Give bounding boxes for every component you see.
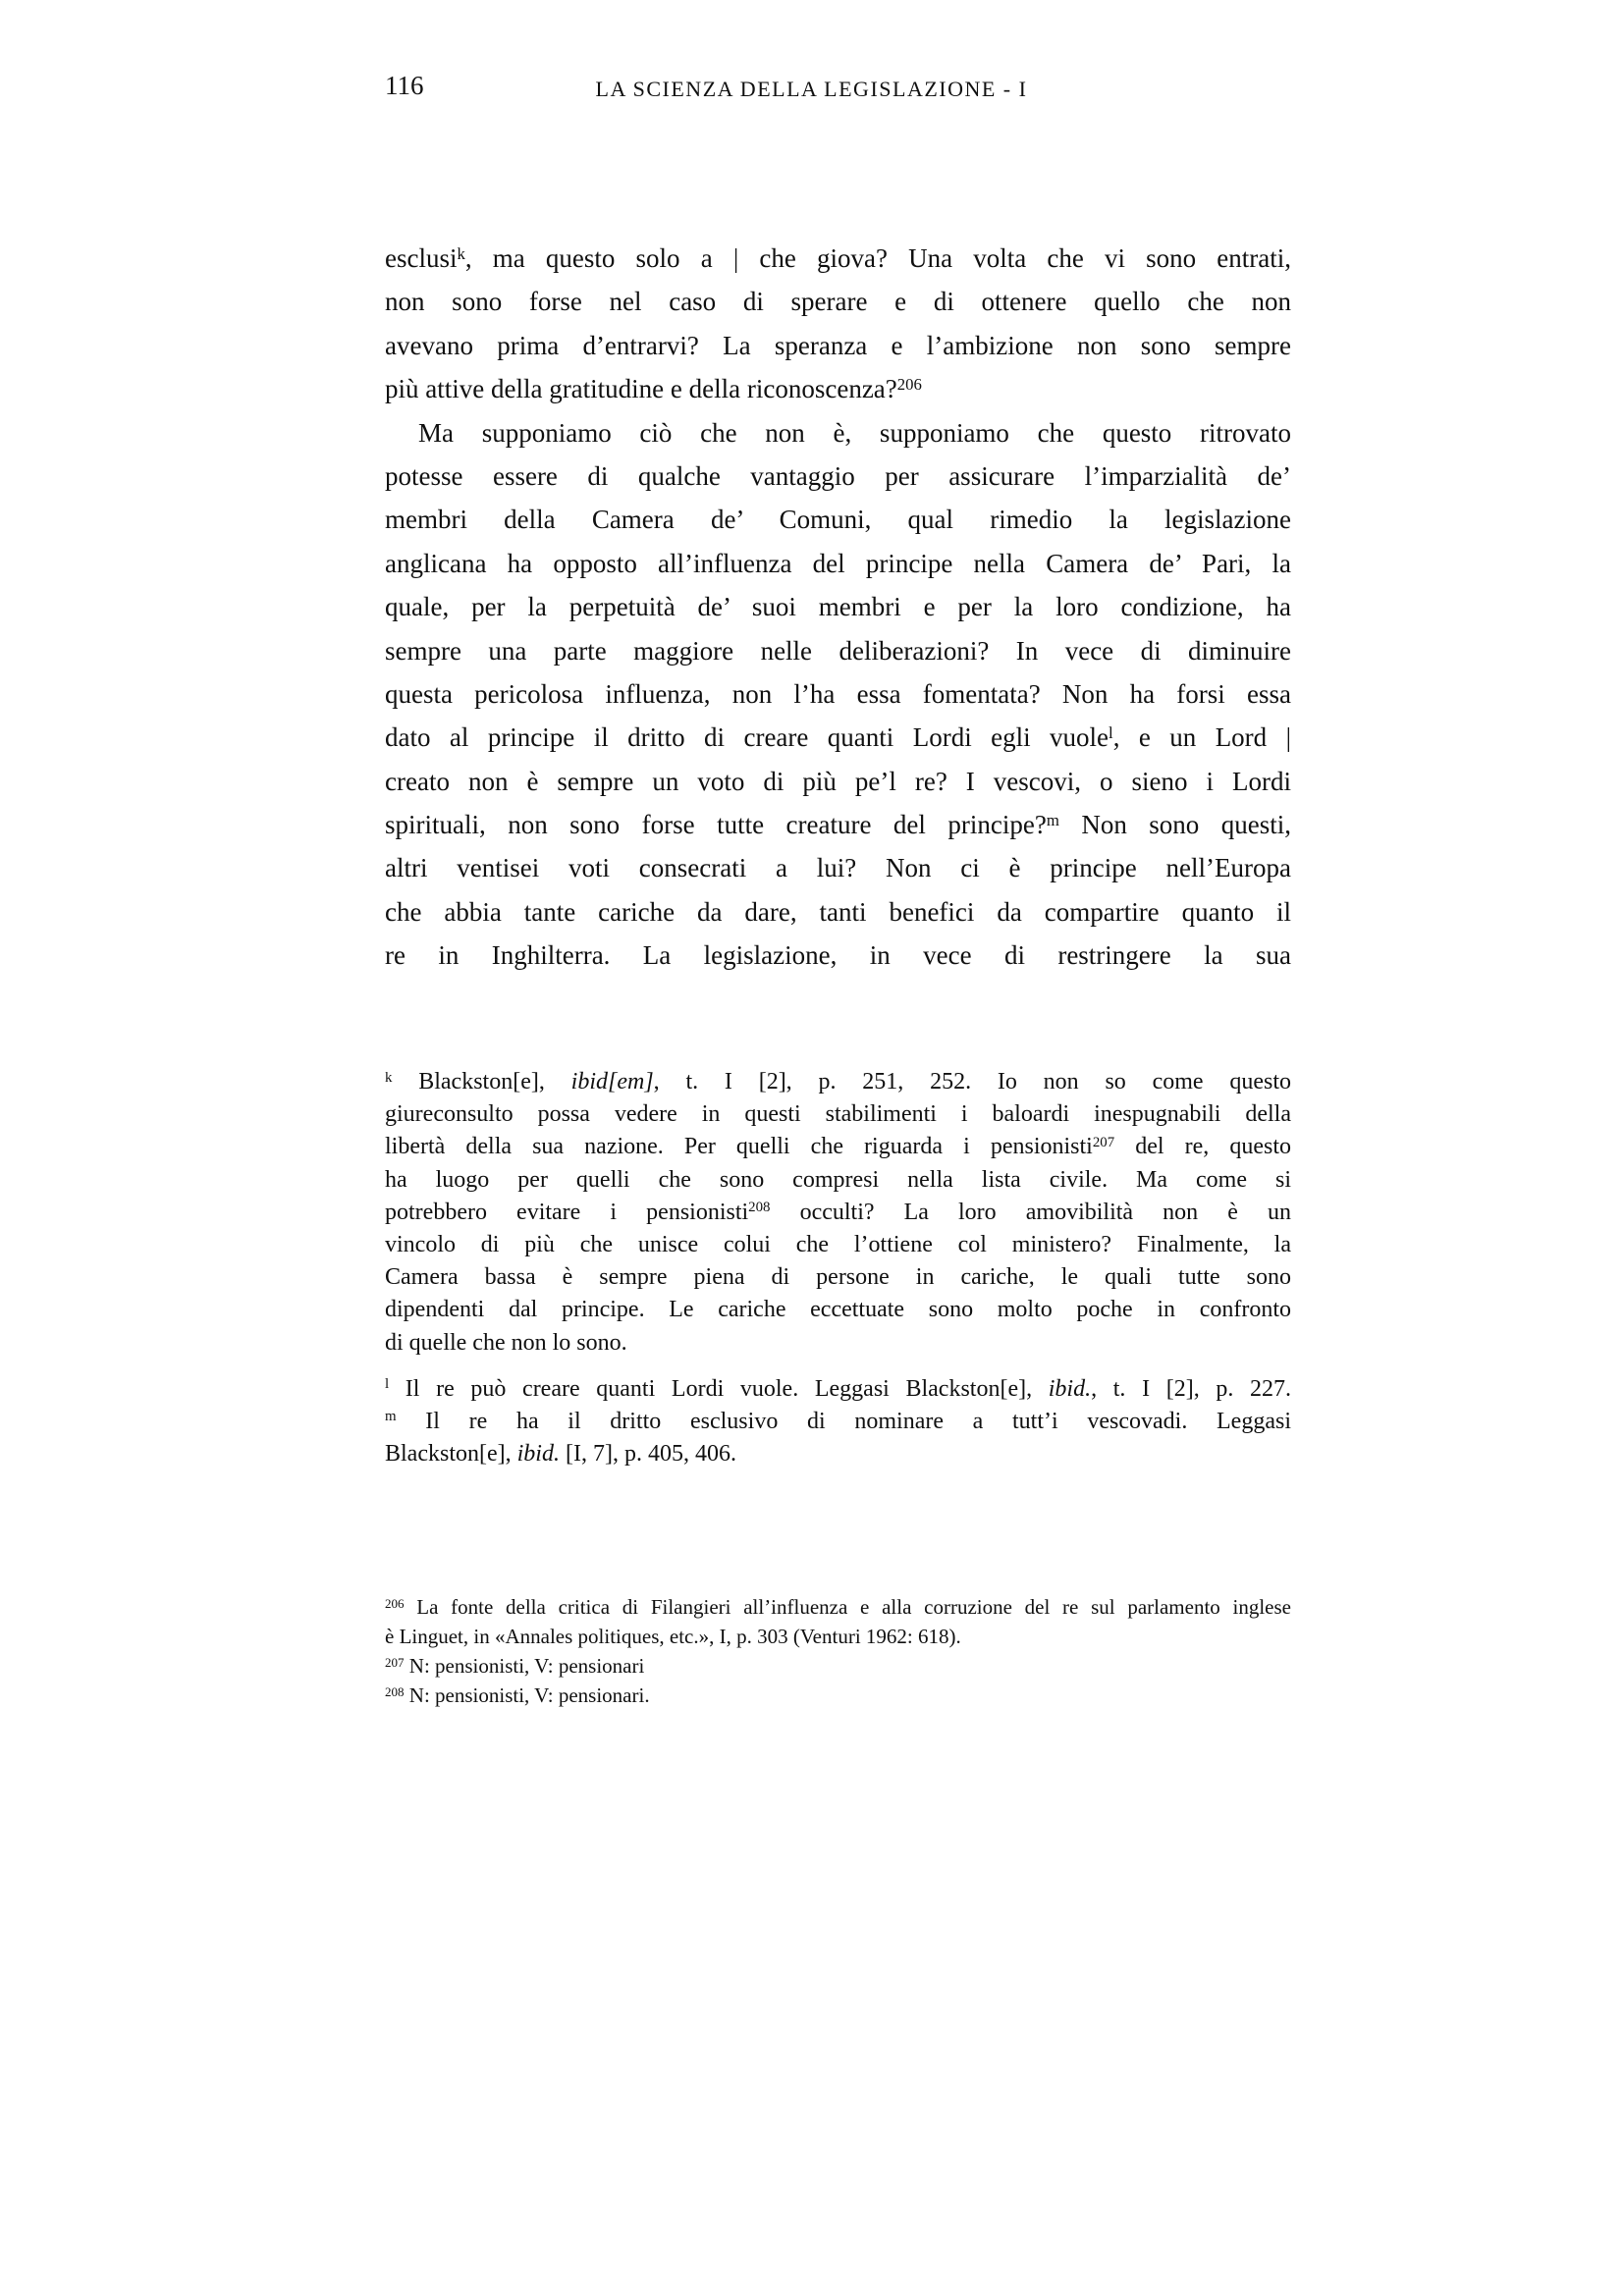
text-segment: di quelle che non lo sono.: [385, 1330, 627, 1356]
text-line: libertà della sua nazione. Per quelli ch…: [385, 1131, 1291, 1163]
text-segment: più attive della gratitudine e della ric…: [385, 374, 897, 403]
superscript-note-marker: 206: [897, 375, 922, 394]
text-segment: N: pensionisti, V: pensionari: [405, 1654, 645, 1678]
text-line: questa pericolosa influenza, non l’ha es…: [385, 672, 1291, 716]
text-line: 208 N: pensionisti, V: pensionari.: [385, 1681, 1291, 1710]
text-line: vincolo di più che unisce colui che l’ot…: [385, 1229, 1291, 1261]
text-segment: che abbia tante cariche da dare, tanti b…: [385, 897, 1291, 927]
text-line: ha luogo per quelli che sono compresi ne…: [385, 1164, 1291, 1197]
text-segment: Camera bassa è sempre piena di persone i…: [385, 1264, 1291, 1290]
editor-endnotes: 206 La fonte della critica di Filangieri…: [385, 1592, 1291, 1710]
text-segment: , ma questo solo a | che giova? Una volt…: [465, 243, 1291, 273]
text-segment: Blackston[e],: [392, 1069, 570, 1095]
text-segment: dipendenti dal principe. Le cariche ecce…: [385, 1297, 1291, 1322]
italic-text: ibid[em]: [571, 1069, 654, 1095]
text-segment: non sono forse nel caso di sperare e di …: [385, 287, 1291, 316]
text-line: potrebbero evitare i pensionisti208 occu…: [385, 1197, 1291, 1229]
text-line: Ma supponiamo ciò che non è, supponiamo …: [385, 411, 1291, 454]
text-segment: creato non è sempre un voto di più pe’l …: [385, 767, 1291, 796]
text-segment: re in Inghilterra. La legislazione, in v…: [385, 940, 1291, 970]
text-line: 173dato al principe il dritto di creare …: [385, 716, 1291, 759]
text-segment: ha luogo per quelli che sono compresi ne…: [385, 1167, 1291, 1193]
text-line: re in Inghilterra. La legislazione, in v…: [385, 934, 1291, 977]
text-line: m Il re ha il dritto esclusivo di nomina…: [385, 1406, 1291, 1438]
text-line: Camera bassa è sempre piena di persone i…: [385, 1261, 1291, 1294]
text-line: non sono forse nel caso di sperare e di …: [385, 280, 1291, 323]
superscript-note-marker: 206: [385, 1596, 405, 1611]
text-line: membri della Camera de’ Comuni, qual rim…: [385, 498, 1291, 541]
superscript-note-marker: k: [385, 1070, 392, 1086]
text-segment: , e un Lord |: [1113, 722, 1291, 752]
text-line: avevano prima d’entrarvi? La speranza e …: [385, 324, 1291, 367]
text-line: anglicana ha opposto all’influenza del p…: [385, 542, 1291, 585]
text-segment: questa pericolosa influenza, non l’ha es…: [385, 679, 1291, 709]
text-line: spirituali, non sono forse tutte creatur…: [385, 803, 1291, 846]
text-segment: vincolo di più che unisce colui che l’ot…: [385, 1232, 1291, 1257]
text-segment: spirituali, non sono forse tutte creatur…: [385, 810, 1047, 839]
main-text: 172esclusik, ma questo solo a | che giov…: [385, 237, 1291, 978]
text-segment: Blackston[e],: [385, 1441, 517, 1467]
text-segment: La fonte della critica di Filangieri all…: [405, 1595, 1291, 1619]
text-line: l Il re può creare quanti Lordi vuole. L…: [385, 1373, 1291, 1406]
text-line: creato non è sempre un voto di più pe’l …: [385, 760, 1291, 803]
text-segment: potesse essere di qualche vantaggio per …: [385, 461, 1291, 491]
superscript-note-marker: l: [1109, 723, 1113, 742]
text-segment: Non sono questi,: [1059, 810, 1291, 839]
text-line: è Linguet, in «Annales politiques, etc.»…: [385, 1622, 1291, 1651]
text-segment: Ma supponiamo ciò che non è, supponiamo …: [418, 418, 1291, 448]
italic-text: ibid.: [517, 1441, 560, 1467]
superscript-note-marker: l: [385, 1376, 389, 1392]
text-segment: , t. I [2], p. 251, 252. Io non so come …: [654, 1069, 1291, 1095]
superscript-note-marker: 208: [748, 1200, 770, 1215]
text-segment: quale, per la perpetuità de’ suoi membri…: [385, 592, 1291, 621]
superscript-note-marker: 208: [385, 1684, 405, 1699]
text-segment: esclusi: [385, 243, 458, 273]
text-segment: Il re può creare quanti Lordi vuole. Leg…: [389, 1376, 1049, 1402]
text-line: Blackston[e], ibid. [I, 7], p. 405, 406.: [385, 1438, 1291, 1470]
superscript-note-marker: m: [1047, 811, 1059, 829]
superscript-note-marker: m: [385, 1409, 397, 1424]
text-segment: N: pensionisti, V: pensionari.: [405, 1683, 650, 1707]
author-footnotes: k Blackston[e], ibid[em], t. I [2], p. 2…: [385, 1066, 1291, 1470]
text-segment: libertà della sua nazione. Per quelli ch…: [385, 1134, 1093, 1159]
text-line: dipendenti dal principe. Le cariche ecce…: [385, 1294, 1291, 1326]
running-title: LA SCIENZA DELLA LEGISLAZIONE - I: [0, 77, 1623, 102]
text-segment: potrebbero evitare i pensionisti: [385, 1200, 748, 1225]
superscript-note-marker: 207: [385, 1655, 405, 1670]
text-line: altri ventisei voti consecrati a lui? No…: [385, 846, 1291, 889]
text-line: più attive della gratitudine e della ric…: [385, 367, 1291, 410]
superscript-note-marker: 207: [1093, 1135, 1114, 1150]
text-segment: sempre una parte maggiore nelle delibera…: [385, 636, 1291, 666]
text-segment: altri ventisei voti consecrati a lui? No…: [385, 853, 1291, 882]
book-page: 116 LA SCIENZA DELLA LEGISLAZIONE - I 17…: [0, 0, 1623, 2296]
text-line: sempre una parte maggiore nelle delibera…: [385, 629, 1291, 672]
text-segment: Il re ha il dritto esclusivo di nominare…: [397, 1409, 1291, 1434]
text-segment: avevano prima d’entrarvi? La speranza e …: [385, 331, 1291, 360]
text-segment: [I, 7], p. 405, 406.: [560, 1441, 736, 1467]
text-segment: membri della Camera de’ Comuni, qual rim…: [385, 505, 1291, 534]
text-segment: giureconsulto possa vedere in questi sta…: [385, 1101, 1291, 1127]
italic-text: ibid.: [1049, 1376, 1091, 1402]
text-segment: anglicana ha opposto all’influenza del p…: [385, 549, 1291, 578]
text-segment: del re, questo: [1114, 1134, 1291, 1159]
text-line: di quelle che non lo sono.: [385, 1327, 1291, 1360]
text-segment: è Linguet, in «Annales politiques, etc.»…: [385, 1625, 961, 1648]
text-line: k Blackston[e], ibid[em], t. I [2], p. 2…: [385, 1066, 1291, 1098]
text-line: che abbia tante cariche da dare, tanti b…: [385, 890, 1291, 934]
text-line: 206 La fonte della critica di Filangieri…: [385, 1592, 1291, 1622]
text-segment: dato al principe il dritto di creare qua…: [385, 722, 1109, 752]
text-line: quale, per la perpetuità de’ suoi membri…: [385, 585, 1291, 628]
text-line: 207 N: pensionisti, V: pensionari: [385, 1651, 1291, 1681]
text-line: giureconsulto possa vedere in questi sta…: [385, 1098, 1291, 1131]
text-line: potesse essere di qualche vantaggio per …: [385, 454, 1291, 498]
text-segment: , t. I [2], p. 227.: [1091, 1376, 1291, 1402]
superscript-note-marker: k: [458, 244, 465, 263]
text-segment: occulti? La loro amovibilità non è un: [770, 1200, 1291, 1225]
text-line: 172esclusik, ma questo solo a | che giov…: [385, 237, 1291, 280]
